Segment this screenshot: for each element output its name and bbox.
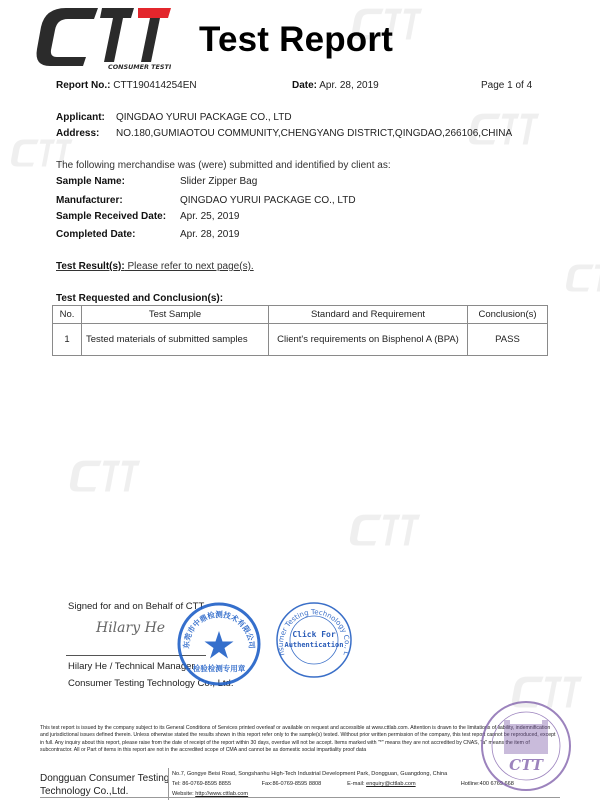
footer-fax: Fax:86-0769-8595 8808 — [262, 779, 346, 789]
footer-company: Dongguan Consumer Testing Technology Co.… — [40, 772, 169, 798]
watermark-logo — [560, 255, 600, 299]
report-date: Date: Apr. 28, 2019 — [292, 80, 379, 91]
footer-email: E-mail: enquiry@cttlab.com — [347, 779, 459, 789]
report-number: Report No.: CTT190414254EN — [56, 80, 197, 91]
conclusion-pass: PASS — [468, 324, 548, 356]
authentication-stamp-button[interactable]: Consumer Testing Technology Co., Ltd. Cl… — [275, 601, 353, 679]
watermark-logo — [343, 506, 423, 552]
watermark-logo — [63, 452, 143, 498]
address-value: NO.180,GUMIAOTOU COMMUNITY,CHENGYANG DIS… — [116, 128, 512, 139]
handwritten-signature: Hilary He — [96, 620, 165, 636]
ctt-purple-seal: CTT — [480, 700, 572, 792]
applicant-value: QINGDAO YURUI PACKAGE CO., LTD — [116, 112, 292, 123]
col-standard: Standard and Requirement — [269, 306, 468, 324]
svg-text:CTT: CTT — [509, 756, 545, 774]
page-indicator: Page 1 of 4 — [481, 80, 532, 91]
svg-text:CONSUMER TESTING TECH: CONSUMER TESTING TECH — [108, 63, 171, 70]
page-title: Test Report — [199, 20, 393, 60]
address-row: Address: NO.180,GUMIAOTOU COMMUNITY,CHEN… — [56, 128, 99, 139]
table-row: 1 Tested materials of submitted samples … — [53, 324, 548, 356]
ctt-logo: CONSUMER TESTING TECH — [26, 2, 171, 70]
conclusion-title: Test Requested and Conclusion(s): — [56, 293, 223, 304]
svg-text:检验检测专用章: 检验检测专用章 — [193, 663, 246, 673]
footer-tel: Tel: 86-0769-8595 8855 — [172, 779, 260, 789]
email-link[interactable]: enquiry@cttlab.com — [366, 781, 416, 787]
col-no: No. — [53, 306, 82, 324]
table-header-row: No. Test Sample Standard and Requirement… — [53, 306, 548, 324]
col-test-sample: Test Sample — [82, 306, 269, 324]
col-conclusion: Conclusion(s) — [468, 306, 548, 324]
test-result: Test Result(s): Please refer to next pag… — [56, 261, 254, 272]
svg-text:Click For: Click For — [292, 629, 336, 639]
company-seal-stamp: 东莞市中鼎检测技术有限公司 检验检测专用章 — [176, 601, 262, 687]
conclusion-table: No. Test Sample Standard and Requirement… — [52, 305, 548, 356]
svg-text:Authentication: Authentication — [284, 641, 343, 649]
footer-rule — [40, 797, 560, 798]
merchandise-intro: The following merchandise was (were) sub… — [56, 160, 391, 171]
footer-divider — [168, 768, 169, 800]
applicant-row: Applicant: QINGDAO YURUI PACKAGE CO., LT… — [56, 112, 105, 123]
